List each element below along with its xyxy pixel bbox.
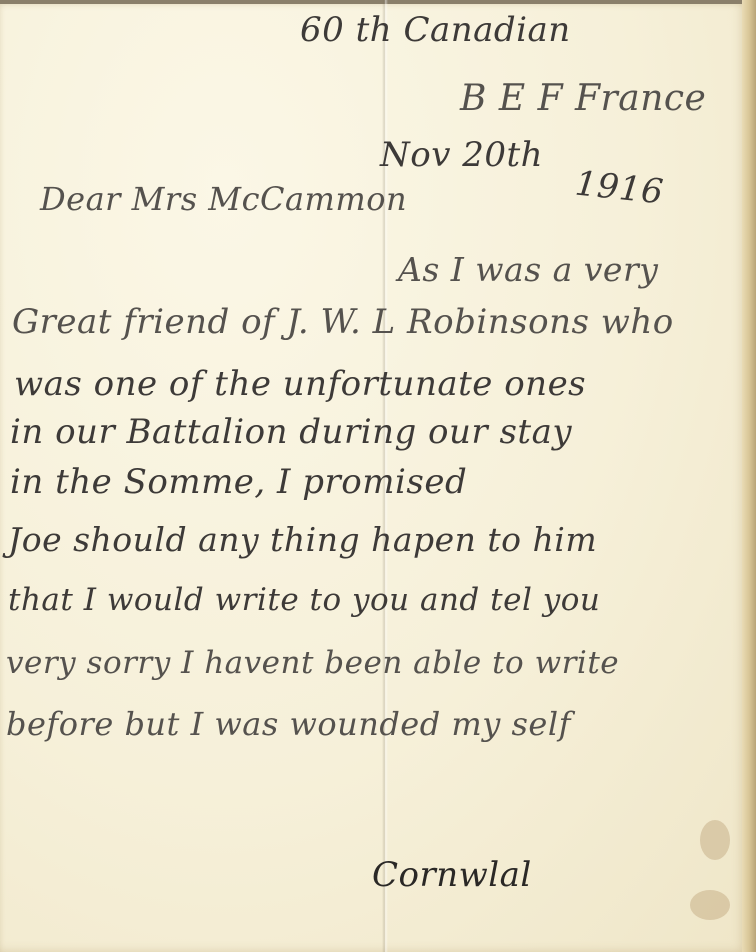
- letter-footer-note: Cornwlal: [372, 855, 532, 895]
- paper-right-edge: [742, 0, 756, 952]
- paper-stain: [700, 820, 730, 860]
- letter-body-line: in the Somme, I promised: [10, 462, 467, 502]
- letter-body-line: in our Battalion during our stay: [10, 412, 572, 452]
- letter-body-line: Joe should any thing hapen to him: [8, 520, 597, 559]
- letter-body-line: that I would write to you and tel you: [8, 582, 600, 618]
- letter-salutation: Dear Mrs McCammon: [40, 180, 407, 218]
- letter-body-line: very sorry I havent been able to write: [6, 645, 619, 681]
- letter-address-line: B E F France: [460, 78, 706, 119]
- letter-body-line: before but I was wounded my self: [6, 705, 571, 743]
- letter-body-line: As I was a very: [398, 250, 658, 289]
- letter-unit-line: 60 th Canadian: [300, 10, 571, 50]
- paper-stain: [690, 890, 730, 920]
- letter-date-line: Nov 20th: [380, 135, 543, 175]
- scan-top-edge: [0, 0, 756, 4]
- letter-body-line: Great friend of J. W. L Robinsons who: [12, 302, 674, 342]
- letter-body-line: was one of the unfortunate ones: [14, 364, 586, 404]
